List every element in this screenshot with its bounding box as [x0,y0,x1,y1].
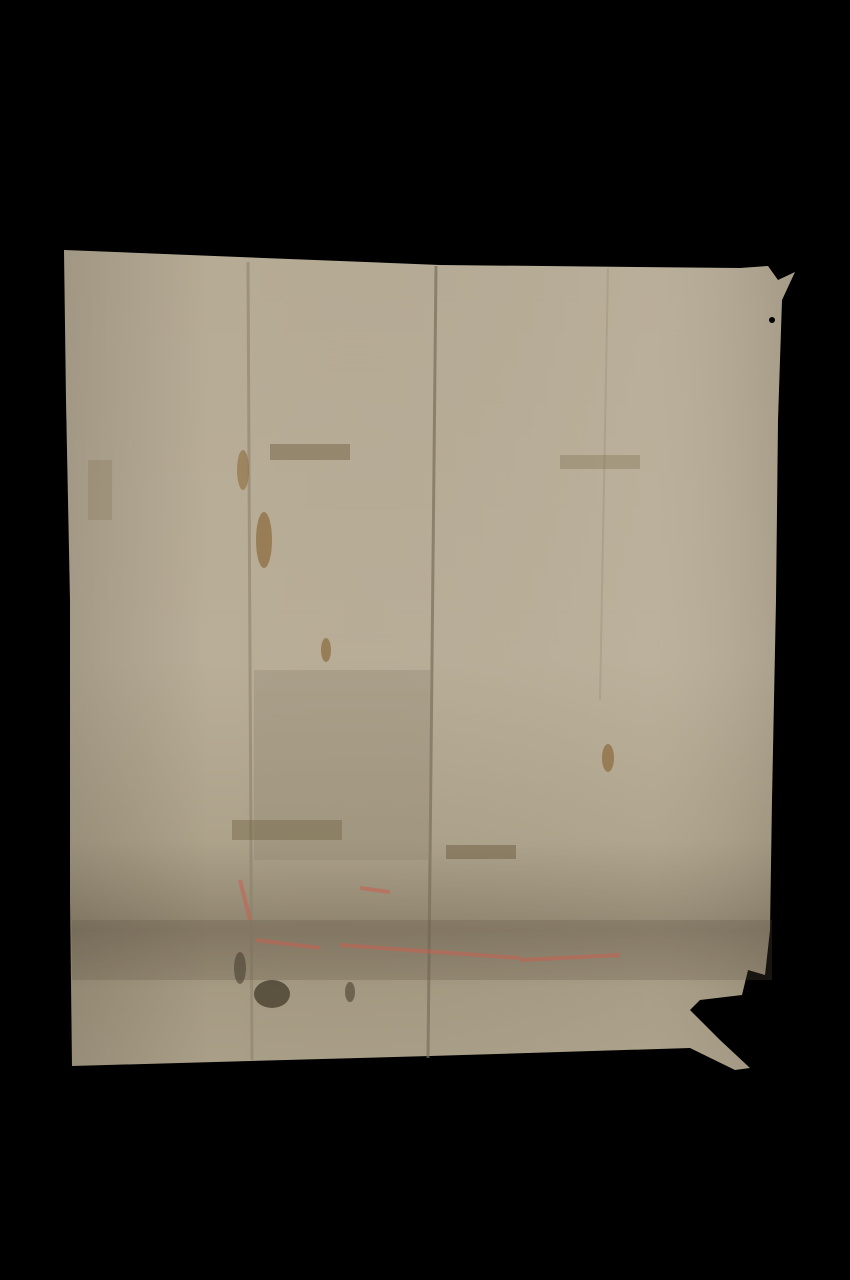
aged-cloth [0,0,850,1280]
